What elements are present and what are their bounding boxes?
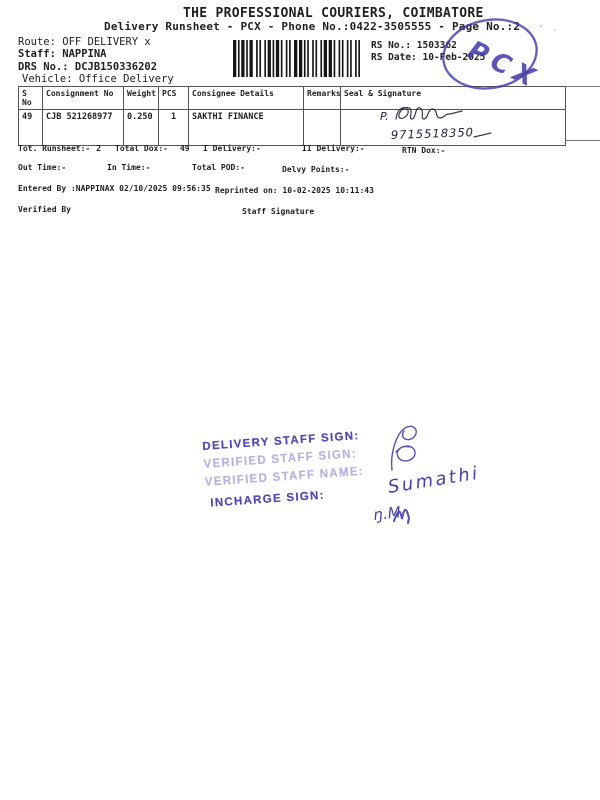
- incharge-sign-m-stroke-icon: [394, 510, 409, 523]
- doc-subtitle: Delivery Runsheet - PCX - Phone No.:0422…: [104, 21, 520, 34]
- route-line: Route: OFF DELIVERY x: [18, 36, 151, 48]
- delvy-points-label: Delvy Points:-: [282, 165, 349, 174]
- table-row: 49 CJB 521268977 0.250 1 SAKTHI FINANCE: [19, 110, 566, 146]
- ii-delivery-label: II Delivery:-: [302, 144, 365, 153]
- column-header-consignee-details: Consignee Details: [189, 87, 304, 110]
- in-time-label: In Time:-: [107, 163, 150, 172]
- total-pod-label: Total POD:-: [192, 163, 245, 172]
- tot-runsheet-label: Tot. Runsheet:-: [18, 144, 90, 153]
- column-header-consignment-no: Consignment No: [43, 87, 124, 110]
- i-delivery-label: I Delivery:-: [203, 144, 261, 153]
- total-dox-label: Total Dox:-: [115, 144, 168, 153]
- table-border-extension-bottom: [565, 140, 600, 141]
- column-header-remarks: Remarks: [304, 87, 341, 110]
- table-header-row: S No Consignment No Weight PCS Consignee…: [19, 87, 566, 110]
- delivery-stamp-block: DELIVERY STAFF SIGN: VERIFIED STAFF SIGN…: [202, 430, 366, 516]
- cell-weight: 0.250: [124, 110, 159, 146]
- column-header-pcs: PCS: [159, 87, 189, 110]
- out-time-label: Out Time:-: [18, 163, 66, 172]
- rs-date: RS Date: 10-Feb-2025: [371, 53, 485, 64]
- cell-s-no: 49: [19, 110, 43, 146]
- staff-signature-label: Staff Signature: [242, 207, 314, 216]
- vehicle-line: Vehicle: Office Delivery: [22, 73, 174, 85]
- scan-speck-icon: [554, 29, 556, 31]
- column-header-weight: Weight: [124, 87, 159, 110]
- barcode: [233, 40, 360, 81]
- delivery-runsheet-page: THE PROFESSIONAL COURIERS, COIMBATORE De…: [0, 0, 600, 800]
- cell-seal-signature: [341, 110, 566, 146]
- staff-signature-loop-icon: [396, 446, 415, 461]
- verified-by-label: Verified By: [18, 205, 71, 214]
- cell-consignment-no: CJB 521268977: [43, 110, 124, 146]
- staff-signature-flourish-icon: [392, 426, 417, 470]
- tot-runsheet-value: 2: [96, 144, 101, 153]
- tot-runsheet: Tot. Runsheet:-2: [18, 144, 101, 153]
- scan-speck-icon: [540, 25, 542, 27]
- staff-line: Staff: NAPPINA: [18, 48, 107, 60]
- cell-remarks: [304, 110, 341, 146]
- rtn-dox-label: RTN Dox:-: [402, 146, 445, 155]
- consignment-table: S No Consignment No Weight PCS Consignee…: [18, 86, 566, 146]
- handwritten-staff-name: Sumathi: [386, 463, 481, 498]
- column-header-seal-signature: Seal & Signature: [341, 87, 566, 110]
- reprinted-on-line: Reprinted on: 10-02-2025 10:11:43: [215, 186, 374, 195]
- incharge-sign-text: ŋ.M: [373, 503, 402, 524]
- drs-no-line: DRS No.: DCJB150336202: [18, 61, 157, 73]
- column-header-s-no: S No: [19, 87, 43, 110]
- entered-by-line: Entered By :NAPPINAX 02/10/2025 09:56:35: [18, 184, 211, 193]
- rs-no: RS No.: 1503362: [371, 41, 457, 52]
- cell-consignee-details: SAKTHI FINANCE: [189, 110, 304, 146]
- table-border-extension-top: [565, 86, 600, 87]
- total-dox-value: 49: [180, 144, 190, 153]
- incharge-sign-handwriting: ŋ.M: [373, 503, 409, 524]
- staff-signature-handwriting: Sumathi: [386, 426, 481, 498]
- total-dox: Total Dox:-49: [115, 144, 190, 153]
- cell-pcs: 1: [159, 110, 189, 146]
